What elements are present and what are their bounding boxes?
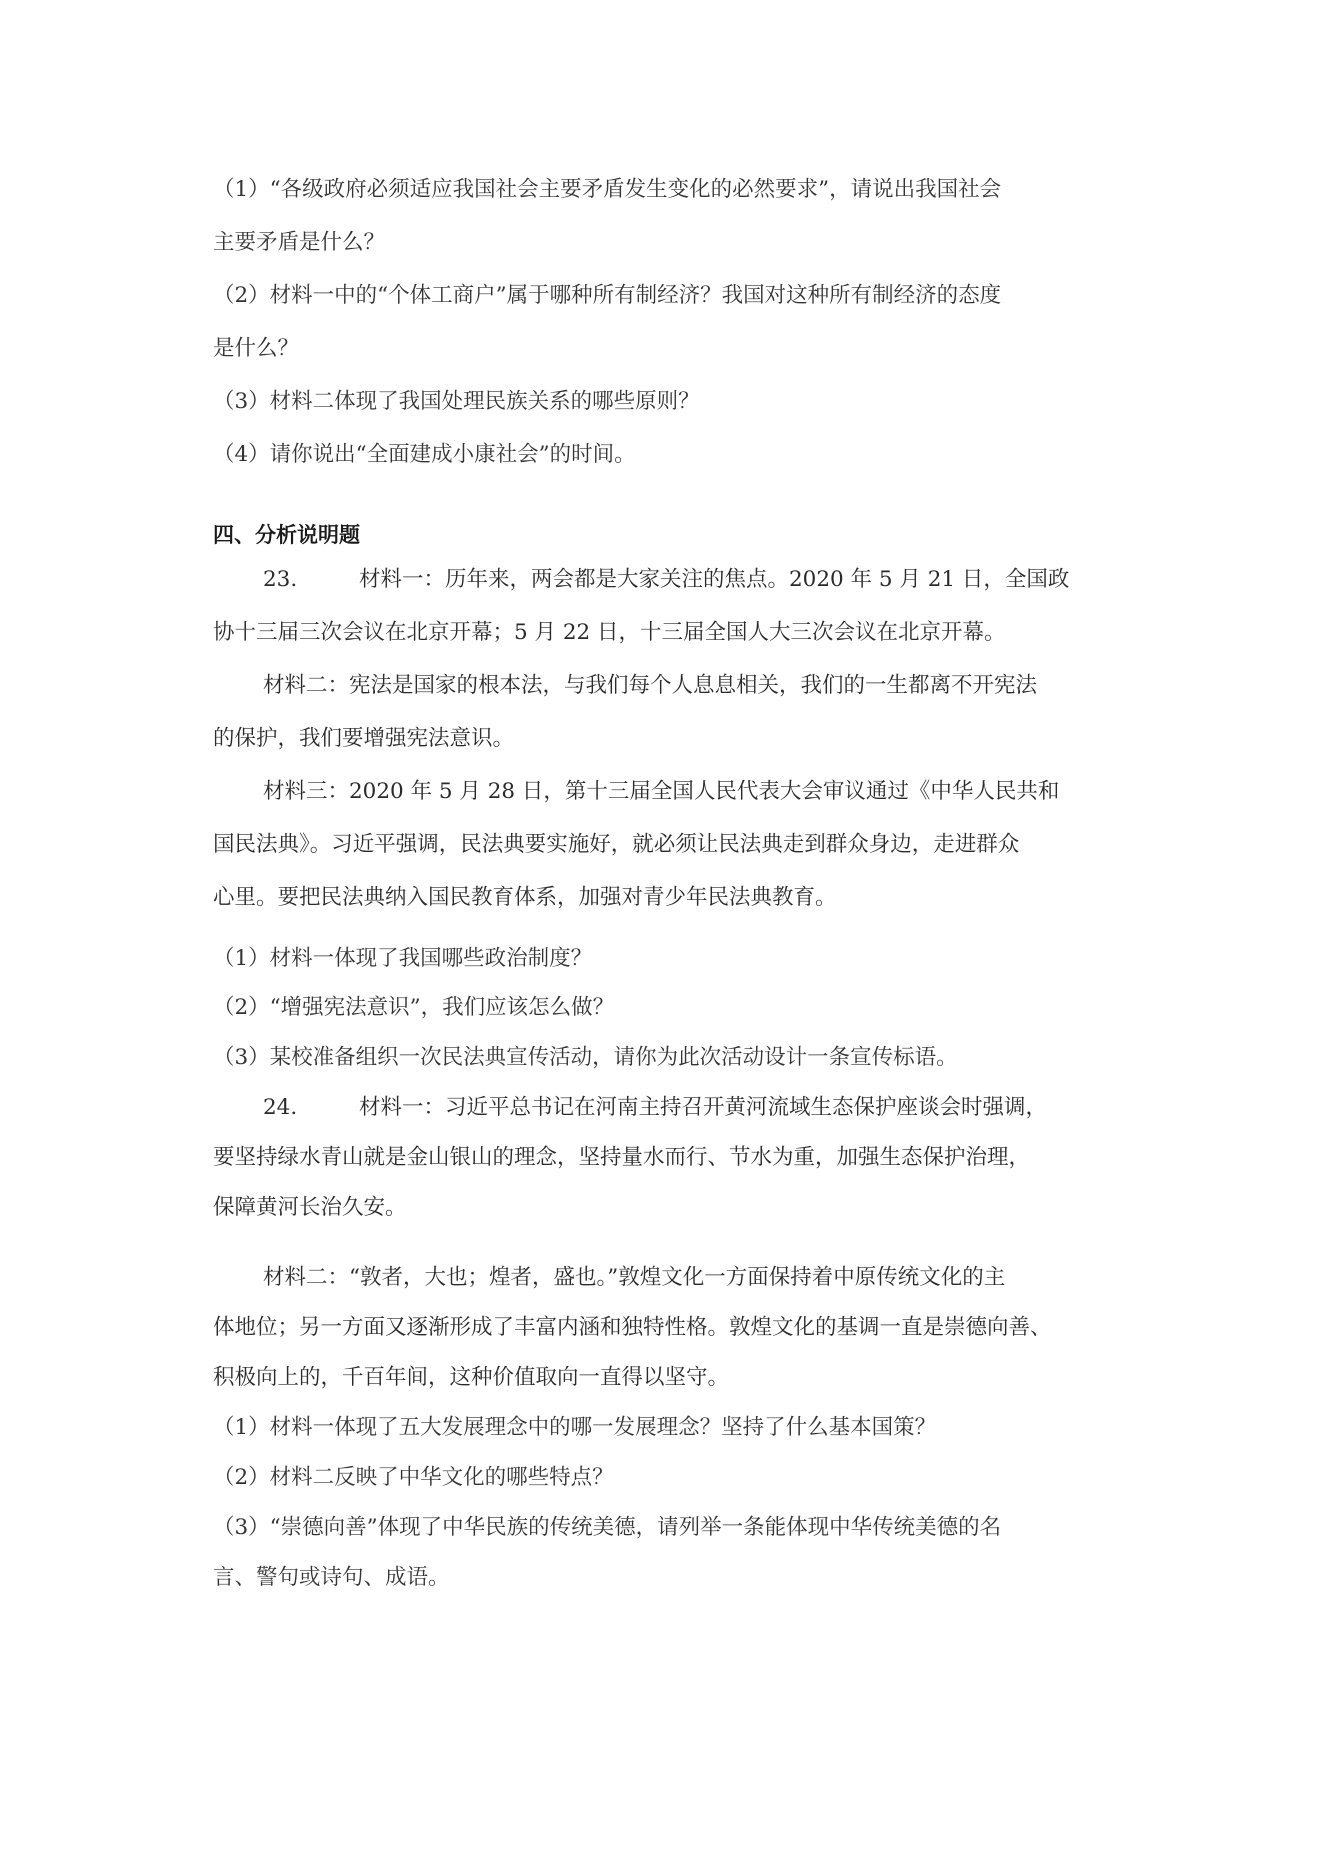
- question-line: 是什么？: [213, 334, 299, 364]
- question-line: 主要矛盾是什么？: [213, 228, 385, 258]
- q24-question-2: （2）材料二反映了中华文化的哪些特点？: [213, 1463, 614, 1493]
- q24-question-3-line2: 言、警句或诗句、成语。: [213, 1563, 450, 1593]
- section-heading: 四、分析说明题: [213, 520, 360, 550]
- q24-question-1: （1）材料一体现了五大发展理念中的哪一发展理念？坚持了什么基本国策？: [213, 1413, 936, 1443]
- q24-material1-line2: 要坚持绿水青山就是金山银山的理念，坚持量水而行、节水为重，加强生态保护治理，: [213, 1143, 1030, 1173]
- q23-material3-line2: 国民法典》。习近平强调，民法典要实施好，就必须让民法典走到群众身边，走进群众: [213, 830, 1019, 860]
- q24-material2-line2: 体地位；另一方面又逐渐形成了丰富内涵和独特性格。敦煌文化的基调一直是崇德向善、: [213, 1313, 1052, 1343]
- q23-material3-line1: 材料三：2020 年 5 月 28 日，第十三届全国人民代表大会审议通过《中华人…: [263, 777, 1059, 807]
- q23-material3-line3: 心里。要把民法典纳入国民教育体系，加强对青少年民法典教育。: [213, 883, 837, 913]
- material-text: 材料一：习近平总书记在河南主持召开黄河流域生态保护座谈会时强调，: [359, 1095, 1047, 1120]
- q24-material2-line3: 积极向上的，千百年间，这种价值取向一直得以坚守。: [213, 1363, 729, 1393]
- q24-material1-line1: 24.材料一：习近平总书记在河南主持召开黄河流域生态保护座谈会时强调，: [263, 1093, 1047, 1123]
- question-number: 23.: [263, 565, 359, 595]
- q23-question-3: （3）某校准备组织一次民法典宣传活动，请你为此次活动设计一条宣传标语。: [213, 1043, 958, 1073]
- q23-question-1: （1）材料一体现了我国哪些政治制度？: [213, 944, 592, 974]
- material-text: 材料一：历年来，两会都是大家关注的焦点。2020 年 5 月 21 日，全国政: [359, 567, 1069, 592]
- question-line: （1）“各级政府必须适应我国社会主要矛盾发生变化的必然要求”，请说出我国社会: [213, 175, 1001, 205]
- q24-question-3-line1: （3）“崇德向善”体现了中华民族的传统美德，请列举一条能体现中华传统美德的名: [213, 1513, 1001, 1543]
- question-line: （4）请你说出“全面建成小康社会”的时间。: [213, 440, 636, 470]
- question-number: 24.: [263, 1093, 359, 1123]
- q24-material2-line1: 材料二：“敦者，大也；煌者，盛也。”敦煌文化一方面保持着中原传统文化的主: [263, 1263, 1005, 1293]
- question-line: （2）材料一中的“个体工商户”属于哪种所有制经济？我国对这种所有制经济的态度: [213, 281, 1001, 311]
- q23-material2-line1: 材料二：宪法是国家的根本法，与我们每个人息息相关，我们的一生都离不开宪法: [263, 671, 1037, 701]
- question-line: （3）材料二体现了我国处理民族关系的哪些原则？: [213, 387, 700, 417]
- q24-material1-line3: 保障黄河长治久安。: [213, 1193, 407, 1223]
- q23-material1-line2: 协十三届三次会议在北京开幕；5 月 22 日，十三届全国人大三次会议在北京开幕。: [213, 618, 1006, 648]
- q23-material2-line2: 的保护，我们要增强宪法意识。: [213, 724, 514, 754]
- q23-question-2: （2）“增强宪法意识”，我们应该怎么做？: [213, 993, 614, 1023]
- q23-material1-line1: 23.材料一：历年来，两会都是大家关注的焦点。2020 年 5 月 21 日，全…: [263, 565, 1069, 595]
